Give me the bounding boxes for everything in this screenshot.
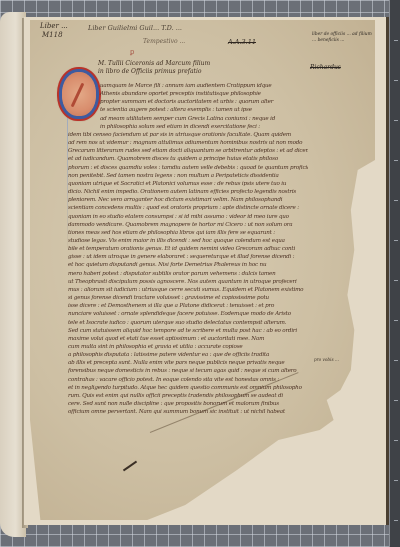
folio-number: M118 <box>42 31 63 39</box>
text-line: ad rem nos ut videmur : magnum attulimus… <box>68 139 308 147</box>
red-pen-mark: ꝑ <box>130 48 134 56</box>
text-line: et ad iudicandum. Quamobrem disces tu qu… <box>68 155 308 163</box>
text-line: gisse : ut idem utroque in genere elabor… <box>68 253 308 261</box>
text-line: quoniam utrique et Socratici et Platonic… <box>68 180 308 188</box>
text-line: non penitebit. Sed tamen nostra legens :… <box>68 172 308 180</box>
struck-shelf-mark: A.A.3.11 <box>228 38 256 46</box>
text-line: dicio. Nichil enim impedio. Orationem au… <box>68 188 308 196</box>
text-line: ad meam utilitatem semper cum Grecis Lat… <box>68 115 308 123</box>
text-line: forensibus neque domesticis in rebus : n… <box>68 367 308 375</box>
grid-mat-bottom <box>0 522 400 547</box>
text-line: dammodo vendicare. Quamobrem magnopere t… <box>68 221 308 229</box>
text-line: te scientia augere potest : altera exemp… <box>68 106 308 114</box>
text-line: et hoc quietum disputandi genus. Nisi fo… <box>68 261 308 269</box>
text-line: mus : aliorum sit iudicium : utriusque c… <box>68 286 308 294</box>
text-line: maxime volui quod et etati tue esset apt… <box>68 335 308 343</box>
margin-note-lower: pro vobis ... <box>314 357 339 362</box>
rubric-line-2: in libro de Officiis primus prefatio <box>98 68 308 76</box>
text-line: cum multa sint in philosophia et gravia … <box>68 343 308 351</box>
text-lines: uamquam te Marce fili : annum iam audien… <box>68 82 308 416</box>
text-line: et in negligendo turpitudo. Atque hec qu… <box>68 384 308 392</box>
text-line: phorum : et disces quamdiu voles : tamdi… <box>68 164 308 172</box>
text-line: isse dicere : et Demosthenem si illa que… <box>68 302 308 310</box>
text-line: officium omne pervertant. Nam qui summum… <box>68 408 308 416</box>
text-line: a philosophis disputata : latissime pate… <box>68 351 308 359</box>
text-line: ab illis et precepta sunt. Nulla enim vi… <box>68 359 308 367</box>
struck-name-right: Richardus <box>310 64 341 71</box>
text-line: pleniorem. Nec vero arroganter hoc dictu… <box>68 196 308 204</box>
text-line: Athenis abundare oportet preceptis insti… <box>68 90 308 98</box>
text-line: Grecarum litterarum rudes sed etiam doct… <box>68 147 308 155</box>
text-line: idem tibi censeo faciendum ut par sis in… <box>68 131 308 139</box>
text-line: in philosophia solum sed etiam in dicend… <box>68 123 308 131</box>
text-line: rum. Quis est enim qui nullis officii pr… <box>68 392 308 400</box>
text-line: mero haberi potest : disputator subtilis… <box>68 270 308 278</box>
text-line: tiones meas sed hos etiam de philosophia… <box>68 229 308 237</box>
rubric-line-1: M. Tullii Ciceronis ad Marcum filium <box>98 60 308 68</box>
text-line: si genus forense dicendi tractare voluis… <box>68 294 308 302</box>
shelf-mark: Liber ... <box>40 22 68 30</box>
text-line: studiose legas. Vis enim maior in illis … <box>68 237 308 245</box>
measurement-ruler <box>389 0 400 547</box>
text-line: scientiam concedens multis : quod est or… <box>68 204 308 212</box>
text-line: propter summam et doctoris auctoritatem … <box>68 98 308 106</box>
manuscript-text-block: M. Tullii Ciceronis ad Marcum filium in … <box>68 60 308 416</box>
text-line: quoniam in eo studio etatem consumpsi : … <box>68 213 308 221</box>
text-line: cere. Sed sunt non nulle discipline : qu… <box>68 400 308 408</box>
text-line: nunciare voluisset : ornate splendideque… <box>68 310 308 318</box>
margin-note-right: liber de officiis ... ad filium ... bene… <box>312 32 374 44</box>
ownership-inscription: Liber Guilielmi Guil... T.D. ... <box>88 24 182 32</box>
text-line: uamquam te Marce fili : annum iam audien… <box>68 82 308 90</box>
text-line: contrahas : vacare officio potest. In eo… <box>68 376 308 384</box>
text-line: ut Theophrasti discipulum possis agnosce… <box>68 278 308 286</box>
text-line: tele et Isocrate iudico : quorum uterque… <box>68 319 308 327</box>
text-line: bile et temperatum orationis genus. Et i… <box>68 245 308 253</box>
ownership-inscription-line2: Tempestivo ... <box>143 38 185 45</box>
text-line: Sed cum statuissem aliquid hoc tempore a… <box>68 327 308 335</box>
